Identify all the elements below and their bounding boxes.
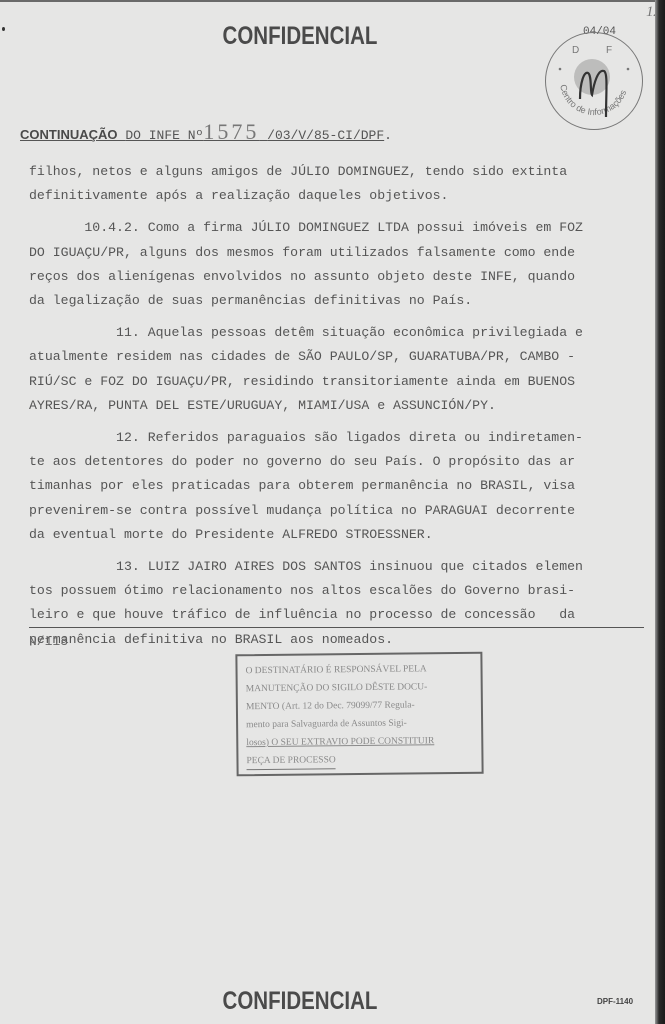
continuation-label: CONTINUAÇÃO: [20, 127, 118, 142]
paragraph-12: 12. Referidos paraguaios são ligados dir…: [29, 426, 639, 547]
text-line: RIÚ/SC e FOZ DO IGUAÇU/PR, residindo tra…: [29, 370, 639, 394]
svg-text:D: D: [572, 45, 579, 56]
infe-number: 1575: [203, 119, 259, 144]
stamp-line: MANUTENÇÃO DO SIGILO DÊSTE DOCU-: [246, 678, 475, 698]
paragraph-13: 13. LUIZ JAIRO AIRES DOS SANTOS insinuou…: [29, 555, 639, 652]
text-line: leiro e que houve tráfico de influência …: [29, 603, 639, 627]
infe-prefix: DO INFE Nº: [125, 128, 203, 143]
svg-text:F: F: [606, 45, 612, 56]
seal-emblem-icon: Centro de Informações D F: [546, 33, 642, 129]
text-line: 10.4.2. Como a firma JÚLIO DOMINGUEZ LTD…: [29, 216, 639, 240]
form-code: DPF-1140: [597, 997, 633, 1006]
text-line: reços dos alienígenas envolvidos no assu…: [29, 265, 639, 289]
text-line: te aos detentores do poder no governo do…: [29, 450, 639, 474]
text-line: AYRES/RA, PUNTA DEL ESTE/URUGUAY, MIAMI/…: [29, 394, 639, 418]
dpf-seal-stamp: Centro de Informações D F: [545, 32, 643, 130]
text-line: 13. LUIZ JAIRO AIRES DOS SANTOS insinuou…: [29, 555, 639, 579]
reference-code: N/113: [29, 634, 68, 649]
scan-speck: [2, 27, 5, 31]
stamp-line: O DESTINATÁRIO É RESPONSÁVEL PELA: [245, 660, 474, 680]
text-line: da legalização de suas permanências defi…: [29, 289, 639, 313]
document-reference-line: CONTINUAÇÃO DO INFE Nº1575 /03/V/85-CI/D…: [20, 119, 392, 145]
stamp-line: losos) O SEU EXTRAVIO PODE CONSTITUIR: [246, 732, 475, 752]
text-line: da eventual morte do Presidente ALFREDO …: [29, 523, 639, 547]
classification-footer: CONFIDENCIAL: [54, 987, 546, 1016]
text-line: tos possuem ótimo relacionamento nos alt…: [29, 579, 639, 603]
classification-header: CONFIDENCIAL: [54, 22, 546, 51]
text-line: 12. Referidos paraguaios são ligados dir…: [29, 426, 639, 450]
text-line: permanência definitiva no BRASIL aos nom…: [29, 628, 639, 652]
text-line: definitivamente após a realização daquel…: [29, 184, 639, 208]
text-line: atualmente residem nas cidades de SÃO PA…: [29, 345, 639, 369]
stamp-line: PEÇA DE PROCESSO: [246, 753, 335, 770]
paragraph-continuation: filhos, netos e alguns amigos de JÚLIO D…: [29, 160, 639, 208]
infe-suffix: /03/V/85-CI/DPF: [267, 128, 384, 143]
text-line: prevenirem-se contra possível mudança po…: [29, 499, 639, 523]
section-divider: [29, 627, 644, 628]
paragraph-11: 11. Aquelas pessoas detêm situação econô…: [29, 321, 639, 418]
stamp-line: mento para Salvaguarda de Assuntos Sigi-: [246, 714, 475, 734]
scan-edge-shadow: [655, 0, 665, 1024]
document-body: filhos, netos e alguns amigos de JÚLIO D…: [29, 160, 639, 652]
document-page: CONFIDENCIAL 12 04/04 Centro de Informaç…: [0, 0, 655, 1024]
text-line: DO IGUAÇU/PR, alguns dos mesmos foram ut…: [29, 241, 639, 265]
header-period: .: [384, 128, 392, 143]
paragraph-10-4-2: 10.4.2. Como a firma JÚLIO DOMINGUEZ LTD…: [29, 216, 639, 313]
text-line: filhos, netos e alguns amigos de JÚLIO D…: [29, 160, 639, 184]
confidentiality-stamp: O DESTINATÁRIO É RESPONSÁVEL PELA MANUTE…: [235, 652, 483, 777]
stamp-line: MENTO (Art. 12 do Dec. 79099/77 Regula-: [246, 696, 475, 716]
text-line: timanhas por eles praticadas para obtere…: [29, 474, 639, 498]
text-line: 11. Aquelas pessoas detêm situação econô…: [29, 321, 639, 345]
